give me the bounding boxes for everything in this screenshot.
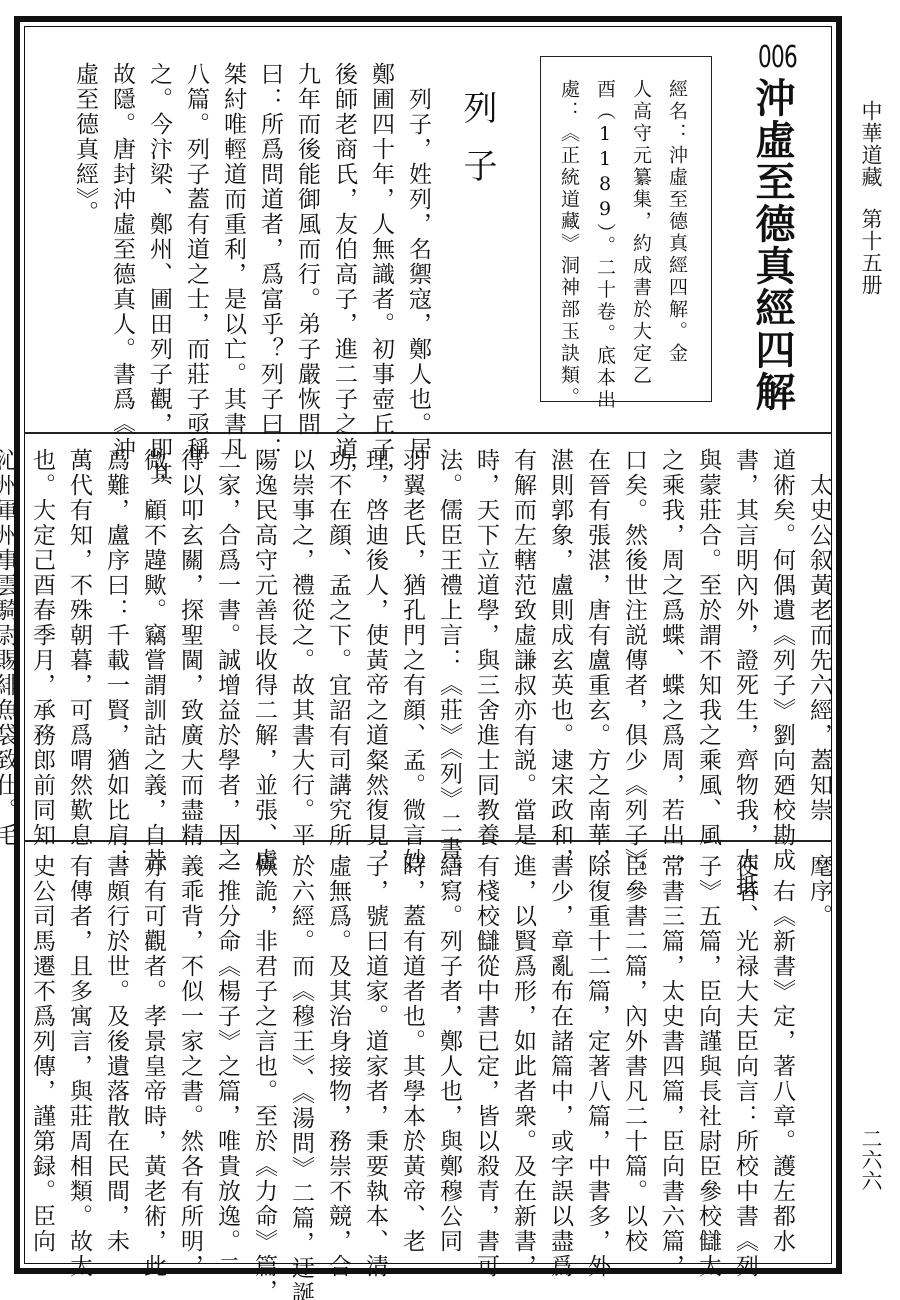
text-column: 一推分命《楊子》之篇，唯貴放逸。二 [208,854,245,1246]
text-column: 時，天下立道學，與三舍進士同教養 [467,448,504,840]
text-column: 得以叩玄關，探聖閫，致廣大而盡精 [171,448,208,840]
text-column: 亦有可觀者。孝景皇帝時，黃老術，此 [134,854,171,1246]
text-column: 沁州軍州事雲騎尉賜緋魚袋致仕。毛 [0,448,23,840]
text-column: 與蒙莊合。至於謂不知我之乘風、風 [689,448,726,840]
text-column: 功不在顔、孟之下。宜詔有司講究所 [319,448,356,840]
text-column: 虛無爲。及其治身接物，務崇不競，合 [319,854,356,1246]
preface-text: 太史公叙黃老而先六經，蓋知崇 道術矣。何偶遺《列子》劉向廼校勘成 書，其言明內外… [52,448,837,840]
text-column: 恢詭，非君子之言也。至於《力命》篇， [245,854,282,1246]
text-column: 義乖背，不似一家之書。然各有所明， [171,854,208,1246]
intro-text: 列子，姓列，名禦寇，鄭人也。居 鄭圃四十年，人無識者。初事壺丘子， 後師老商氏，… [66,62,436,424]
text-column: 羽翼老氏，猶孔門之有顔、孟。微言妙 [393,448,430,840]
text-column: 陽逸民高守元善長收得二解，並張、盧 [245,448,282,840]
text-column: 桀紂唯輕道而重利，是以亡。其書凡 [214,62,251,424]
text-column: 二家，合爲一書。誠增益於學者，因之 [208,448,245,840]
text-column: 也。大定己酉春季月，承務郎前同知 [23,448,60,840]
text-column: 八篇。列子蓋有道之士，而莊子亟稱 [177,62,214,424]
text-column: 時，蓋有道者也。其學本於黃帝、老 [393,854,430,1246]
text-column: 法。儒臣王禮上言：《莊》《列》二書， [430,448,467,840]
text-column: 口矣。然後世注説傳者，俱少《列子》。 [615,448,652,840]
memorial-text: 麾序。 右《新書》定，著八章。護左都水 使者、光禄大夫臣向言：所校中書《列 子》… [52,854,837,1246]
text-column: 於六經。而《穆王》、《湯問》二篇，迂誕 [282,854,319,1246]
text-column: 萬代有知，不殊朝暮，可爲喟然歎息 [60,448,97,840]
text-column: 常書三篇，太史書四篇，臣向書六篇， [652,854,689,1246]
text-column: 麾序。 [800,854,837,1246]
text-column: 以崇事之，禮從之。故其書大行。平 [282,448,319,840]
scripture-info-box: 經名：沖虛至德真經四解。金 人高守元纂集，約成書於大定乙 酉（1189）。二十卷… [540,56,712,402]
text-column: 書少，章亂布在諸篇中，或字誤以盡爲 [541,854,578,1246]
text-column: 有棧校讎從中書已定，皆以殺青，書可 [467,854,504,1246]
title-number: 006 [758,40,900,75]
text-column: 子》五篇，臣向謹與長社尉臣參校讎太 [689,854,726,1246]
text-column: 使者、光禄大夫臣向言：所校中書《列 [726,854,763,1246]
page-number: 二六六 [860,1128,881,1191]
text-column: 進，以賢爲形，如此者衆。及在新書， [504,854,541,1246]
info-column: 人高守元纂集，約成書於大定乙 [623,79,659,389]
text-column: 臣參書二篇，內外書凡二十篇。以校 [615,854,652,1246]
text-column: 列子，姓列，名禦寇，鄭人也。居 [399,62,436,424]
text-column: 子，號曰道家。道家者，秉要執本、清 [356,854,393,1246]
text-column: 之乘我，周之爲蝶、蝶之爲周，若出一 [652,448,689,840]
text-column: 有傳者，且多寓言，與莊周相類。故太 [60,854,97,1246]
text-column: 書，其言明內外，證死生，齊物我，大抵 [726,448,763,840]
text-column: 除復重十二篇，定著八篇，中書多，外 [578,854,615,1246]
section-heading: 列子 [460,90,494,206]
text-column: 鄭圃四十年，人無識者。初事壺丘子， [362,62,399,424]
scripture-info-text: 經名：沖虛至德真經四解。金 人高守元纂集，約成書於大定乙 酉（1189）。二十卷… [551,79,695,389]
text-column: 虛至德真經》。 [66,62,103,424]
text-column: 在晉有張湛，唐有盧重玄。方之南華， [578,448,615,840]
text-column: 繕寫。列子者，鄭人也，與鄭穆公同 [430,854,467,1246]
text-column: 湛則郭象，盧則成玄英也。逮宋政和， [541,448,578,840]
text-column: 道術矣。何偶遺《列子》劉向廼校勘成 [763,448,800,840]
info-column: 酉（1189）。二十卷。底本出 [587,79,623,389]
text-column: 太史公叙黃老而先六經，蓋知崇 [800,448,837,840]
text-column: 後師老商氏，友伯高子，進二子之道， [325,62,362,424]
text-column: 有解而左轄范致虛謙叔亦有説。當是 [504,448,541,840]
text-column: 史公司馬遷不爲列傳，謹第録。臣向 [23,854,60,1246]
text-column: 理，啓迪後人，使黃帝之道粲然復見， [356,448,393,840]
text-column: 九年而後能御風而行。弟子嚴恢問 [288,62,325,424]
text-column: 故隱。唐封沖虛至德真人。書爲《沖 [103,62,140,424]
info-column: 處：《正統道藏》洞神部玉訣類。 [551,79,587,389]
title-block: 006 沖虛至德真經四解 [752,40,900,413]
info-column: 經名：沖虛至德真經四解。金 [659,79,695,389]
text-column: 書頗行於世。及後遺落散在民間，未 [97,854,134,1246]
text-column: 曰：所爲問道者，爲富乎？列子曰： [251,62,288,424]
page-title: 沖虛至德真經四解 [752,77,792,413]
text-column: 爲難，盧序曰：千載一賢，猶如比肩； [97,448,134,840]
text-column: 微，顧不韙歟。竊嘗謂訓詁之義，自昔 [134,448,171,840]
text-column: 右《新書》定，著八章。護左都水 [763,854,800,1246]
text-column: 之。今汴梁、鄭州、圃田列子觀，即其 [140,62,177,424]
